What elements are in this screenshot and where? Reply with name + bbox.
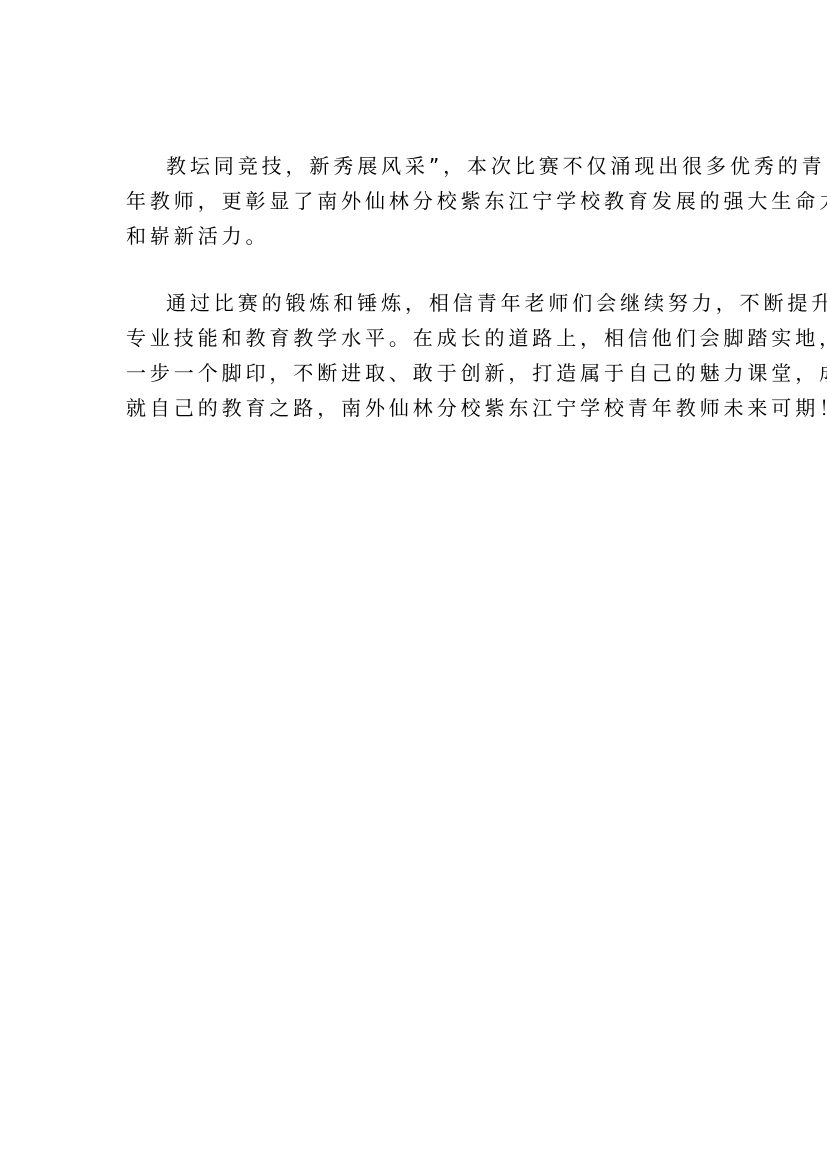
paragraph-line: 就自己的教育之路，南外仙林分校紫东江宁学校青年教师未来可期！ — [126, 394, 702, 422]
paragraph-line: 通过比赛的锻炼和锤炼，相信青年老师们会继续努力，不断提升 — [166, 289, 702, 317]
paragraph-line: 年教师，更彰显了南外仙林分校紫东江宁学校教育发展的强大生命力 — [126, 187, 702, 215]
paragraph-line: 教坛同竞技，新秀展风采”，本次比赛不仅涌现出很多优秀的青 — [166, 152, 702, 180]
document-page: 教坛同竞技，新秀展风采”，本次比赛不仅涌现出很多优秀的青 年教师，更彰显了南外仙… — [0, 0, 827, 1170]
paragraph-line: 和崭新活力。 — [126, 222, 702, 250]
paragraph-line: 一步一个脚印，不断进取、敢于创新，打造属于自己的魅力课堂，成 — [126, 359, 702, 387]
paragraph-line: 专业技能和教育教学水平。在成长的道路上，相信他们会脚踏实地， — [126, 324, 702, 352]
